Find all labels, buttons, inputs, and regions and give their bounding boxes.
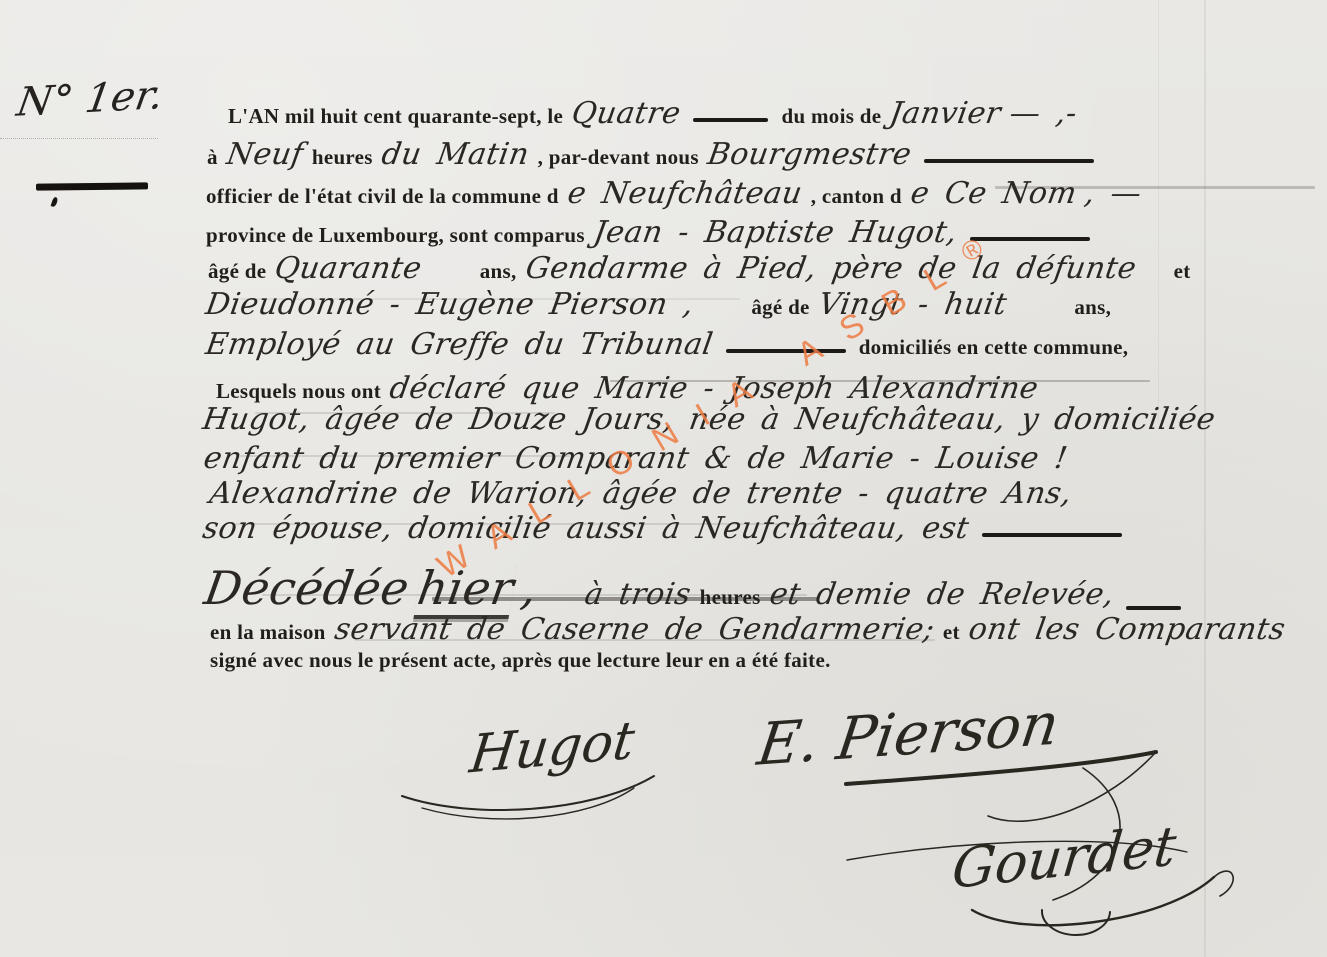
handwritten-text: , —: [1083, 176, 1145, 211]
handwritten-text: Décédée: [201, 561, 413, 615]
printed-text: du mois de: [781, 104, 881, 129]
printed-text: âgé de: [751, 295, 809, 320]
ink-mark: [51, 196, 59, 207]
handwritten-text: du Matin: [379, 137, 531, 172]
handwritten-text: e Ce Nom: [908, 176, 1079, 211]
scan-streak: [240, 298, 740, 300]
handwritten-text: ,: [518, 561, 542, 615]
printed-text: signé avec nous le présent acte, après q…: [210, 648, 831, 673]
scan-streak: [995, 186, 1315, 189]
handwritten-text: son épouse, domicilié aussi à Neufchâtea…: [200, 511, 971, 546]
handwritten-text: Janvier: [888, 96, 1004, 131]
printed-text: et: [943, 620, 960, 645]
fill-line: [970, 237, 1090, 241]
printed-text: L'AN mil huit cent quarante-sept, le: [228, 104, 563, 129]
fill-line: [1126, 606, 1181, 610]
scan-streak: [235, 523, 855, 525]
act-line-6: Dieudonné - Eugène Pierson ,âgé deVingt …: [206, 287, 1111, 322]
act-line-8: Lesquels nous ontdéclaré que Marie - Jos…: [216, 371, 1038, 406]
printed-text: en la maison: [210, 620, 326, 645]
handwritten-text: ont les Comparants: [966, 612, 1288, 647]
act-line-12: son épouse, domicilié aussi à Neufchâtea…: [203, 511, 1126, 546]
printed-text: domiciliés en cette commune,: [859, 335, 1129, 360]
scan-streak: [240, 455, 570, 457]
margin-dotted-line: [0, 138, 158, 139]
printed-text: officier de l'état civil de la commune d: [206, 184, 559, 209]
handwritten-text: Gendarme à Pied, père de la défunte: [523, 251, 1139, 286]
printed-text: âgé de: [208, 259, 266, 284]
handwritten-text: Quatre: [569, 96, 683, 131]
printed-text: , par-devant nous: [538, 145, 699, 170]
handwritten-text: et demie de Relevée,: [767, 577, 1116, 612]
handwritten-text: Jean - Baptiste Hugot,: [591, 215, 959, 250]
printed-text: province de Luxembourg, sont comparus: [206, 223, 585, 248]
act-line-15: signé avec nous le présent acte, après q…: [210, 648, 831, 673]
printed-text: ans,: [1074, 295, 1111, 320]
scan-streak: [262, 594, 807, 596]
paper-fold-line: [1158, 0, 1159, 420]
handwritten-text: Employé au Greffe du Tribunal: [203, 327, 715, 362]
signature-flourish: [842, 832, 1262, 947]
margin-rule: [36, 182, 148, 190]
scan-streak: [610, 380, 1150, 382]
scan-streak: [432, 597, 817, 601]
paper-fold-line: [1204, 0, 1206, 957]
handwritten-text: Dieudonné - Eugène Pierson ,: [203, 287, 696, 322]
handwritten-text: — ,-: [1007, 96, 1079, 131]
act-line-13: Décédéehier,à troisheureset demie de Rel…: [205, 561, 1185, 619]
printed-text: à: [207, 145, 218, 170]
act-line-1: L'AN mil huit cent quarante-sept, leQuat…: [228, 96, 1077, 131]
handwritten-text: servant de Caserne de Gendarmerie;: [332, 612, 937, 647]
printed-text: et: [1174, 259, 1191, 284]
act-line-11: Alexandrine de Warion, âgée de trente - …: [210, 476, 1071, 511]
fill-line: [924, 159, 1094, 163]
handwritten-text: e Neufchâteau: [565, 176, 804, 211]
death-record-scan: N° 1er. L'AN mil huit cent quarante-sept…: [0, 0, 1327, 957]
handwritten-text: Alexandrine de Warion, âgée de trente - …: [207, 476, 1074, 511]
act-line-2: àNeufheuresdu Matin, par-devant nousBour…: [207, 137, 1098, 172]
handwritten-text: Neuf: [224, 137, 306, 172]
handwritten-text: Quarante: [273, 251, 425, 286]
printed-text: ans,: [480, 259, 517, 284]
act-line-5: âgé deQuaranteans,Gendarme à Pied, père …: [208, 251, 1191, 286]
handwritten-text: Bourgmestre: [705, 137, 914, 172]
scan-streak: [355, 639, 935, 641]
act-line-7: Employé au Greffe du Tribunaldomiciliés …: [206, 327, 1128, 362]
scan-streak: [255, 412, 555, 414]
fill-line: [693, 118, 768, 122]
act-number: N° 1er.: [14, 72, 167, 125]
act-line-14: en la maisonservant de Caserne de Gendar…: [210, 612, 1285, 647]
fill-line: [982, 533, 1122, 537]
printed-text: , canton d: [811, 184, 902, 209]
signature-flourish: [392, 758, 672, 828]
printed-text: heures: [312, 145, 373, 170]
printed-text: Lesquels nous ont: [216, 379, 381, 404]
act-line-3: officier de l'état civil de la commune d…: [206, 176, 1142, 211]
